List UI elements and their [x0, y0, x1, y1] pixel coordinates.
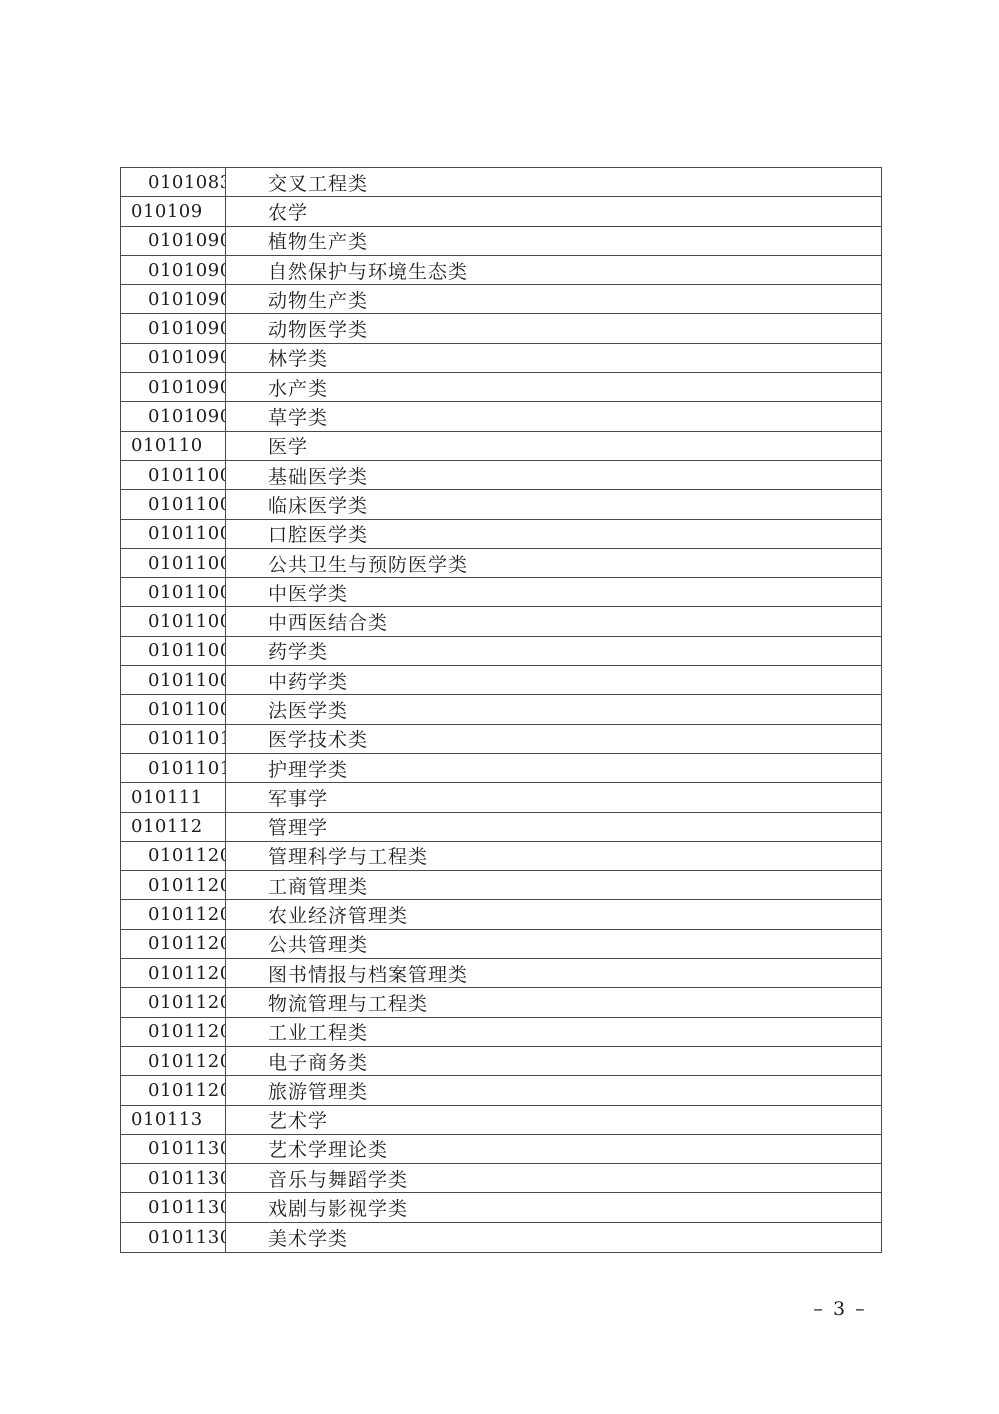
- code-cell: 01011007: [121, 637, 226, 665]
- code-cell: 01010904: [121, 314, 226, 342]
- table-row: 01010903动物生产类: [121, 285, 881, 314]
- name-cell: 基础医学类: [226, 461, 881, 489]
- code-cell: 01011204: [121, 930, 226, 958]
- table-row: 01011004公共卫生与预防医学类: [121, 549, 881, 578]
- name-cell: 动物生产类: [226, 285, 881, 313]
- code-cell: 01011006: [121, 607, 226, 635]
- code-cell: 01011209: [121, 1076, 226, 1104]
- code-cell: 01011207: [121, 1018, 226, 1046]
- name-cell: 公共卫生与预防医学类: [226, 549, 881, 577]
- name-cell: 自然保护与环境生态类: [226, 256, 881, 284]
- name-cell: 图书情报与档案管理类: [226, 959, 881, 987]
- name-cell: 艺术学理论类: [226, 1135, 881, 1163]
- code-cell: 010111: [121, 783, 226, 811]
- name-cell: 临床医学类: [226, 490, 881, 518]
- code-cell: 010110: [121, 432, 226, 460]
- table-row: 01011201管理科学与工程类: [121, 842, 881, 871]
- name-cell: 音乐与舞蹈学类: [226, 1164, 881, 1192]
- table-row: 01011005中医学类: [121, 578, 881, 607]
- code-cell: 010113: [121, 1106, 226, 1134]
- table-row: 01010906水产类: [121, 373, 881, 402]
- code-cell: 01010903: [121, 285, 226, 313]
- name-cell: 工业工程类: [226, 1018, 881, 1046]
- name-cell: 旅游管理类: [226, 1076, 881, 1104]
- table-row: 01011006中西医结合类: [121, 607, 881, 636]
- code-cell: 010112: [121, 813, 226, 841]
- table-row: 01011203农业经济管理类: [121, 900, 881, 929]
- code-cell: 01010905: [121, 344, 226, 372]
- table-row: 01011205图书情报与档案管理类: [121, 959, 881, 988]
- code-cell: 01011303: [121, 1193, 226, 1221]
- code-cell: 01011304: [121, 1223, 226, 1252]
- table-row: 01011209旅游管理类: [121, 1076, 881, 1105]
- code-cell: 01011205: [121, 959, 226, 987]
- table-row: 01010901植物生产类: [121, 227, 881, 256]
- code-cell: 01011008: [121, 666, 226, 694]
- table-row: 01011002临床医学类: [121, 490, 881, 519]
- table-row: 010110医学: [121, 432, 881, 461]
- table-row: 01011007药学类: [121, 637, 881, 666]
- table-row: 01010907草学类: [121, 402, 881, 431]
- name-cell: 公共管理类: [226, 930, 881, 958]
- table-row: 010109农学: [121, 197, 881, 226]
- code-cell: 010109: [121, 197, 226, 225]
- code-cell: 01011203: [121, 900, 226, 928]
- table-row: 01010905林学类: [121, 344, 881, 373]
- code-cell: 01011206: [121, 988, 226, 1016]
- table-row: 01011202工商管理类: [121, 871, 881, 900]
- code-cell: 01011003: [121, 520, 226, 548]
- table-row: 01010832交叉工程类: [121, 168, 881, 197]
- code-cell: 01011301: [121, 1135, 226, 1163]
- table-row: 01011302音乐与舞蹈学类: [121, 1164, 881, 1193]
- name-cell: 护理学类: [226, 754, 881, 782]
- table-row: 01011304美术学类: [121, 1223, 881, 1252]
- table-row: 01011008中药学类: [121, 666, 881, 695]
- name-cell: 中西医结合类: [226, 607, 881, 635]
- table-row: 01011010医学技术类: [121, 725, 881, 754]
- code-cell: 01011005: [121, 578, 226, 606]
- name-cell: 草学类: [226, 402, 881, 430]
- name-cell: 中医学类: [226, 578, 881, 606]
- name-cell: 农学: [226, 197, 881, 225]
- code-cell: 01011004: [121, 549, 226, 577]
- name-cell: 水产类: [226, 373, 881, 401]
- name-cell: 戏剧与影视学类: [226, 1193, 881, 1221]
- name-cell: 中药学类: [226, 666, 881, 694]
- table-row: 01011207工业工程类: [121, 1018, 881, 1047]
- discipline-code-table: 01010832交叉工程类 010109农学 01010901植物生产类 010…: [120, 167, 882, 1253]
- name-cell: 植物生产类: [226, 227, 881, 255]
- table-row: 01011001基础医学类: [121, 461, 881, 490]
- name-cell: 法医学类: [226, 695, 881, 723]
- table-row: 01011303戏剧与影视学类: [121, 1193, 881, 1222]
- table-row: 01011011护理学类: [121, 754, 881, 783]
- table-row: 01010904动物医学类: [121, 314, 881, 343]
- name-cell: 医学技术类: [226, 725, 881, 753]
- table-row: 010112管理学: [121, 813, 881, 842]
- name-cell: 交叉工程类: [226, 168, 881, 196]
- code-cell: 01010902: [121, 256, 226, 284]
- page-number: – 3 –: [800, 1298, 880, 1320]
- name-cell: 艺术学: [226, 1106, 881, 1134]
- code-cell: 01011202: [121, 871, 226, 899]
- table-row: 010111军事学: [121, 783, 881, 812]
- table-row: 010113艺术学: [121, 1106, 881, 1135]
- code-cell: 01011001: [121, 461, 226, 489]
- table-row: 01010902自然保护与环境生态类: [121, 256, 881, 285]
- table-row: 01011009法医学类: [121, 695, 881, 724]
- code-cell: 01010906: [121, 373, 226, 401]
- name-cell: 电子商务类: [226, 1047, 881, 1075]
- name-cell: 管理科学与工程类: [226, 842, 881, 870]
- code-cell: 01011208: [121, 1047, 226, 1075]
- table-row: 01011208电子商务类: [121, 1047, 881, 1076]
- name-cell: 美术学类: [226, 1223, 881, 1252]
- code-cell: 01011302: [121, 1164, 226, 1192]
- table-row: 01011204公共管理类: [121, 930, 881, 959]
- table-row: 01011301艺术学理论类: [121, 1135, 881, 1164]
- code-cell: 01010907: [121, 402, 226, 430]
- name-cell: 医学: [226, 432, 881, 460]
- name-cell: 农业经济管理类: [226, 900, 881, 928]
- name-cell: 林学类: [226, 344, 881, 372]
- code-cell: 01011201: [121, 842, 226, 870]
- code-cell: 01011010: [121, 725, 226, 753]
- name-cell: 口腔医学类: [226, 520, 881, 548]
- code-cell: 01011011: [121, 754, 226, 782]
- table-row: 01011206物流管理与工程类: [121, 988, 881, 1017]
- code-cell: 01010832: [121, 168, 226, 196]
- table-row: 01011003口腔医学类: [121, 520, 881, 549]
- name-cell: 管理学: [226, 813, 881, 841]
- name-cell: 工商管理类: [226, 871, 881, 899]
- code-cell: 01010901: [121, 227, 226, 255]
- code-cell: 01011009: [121, 695, 226, 723]
- name-cell: 物流管理与工程类: [226, 988, 881, 1016]
- code-cell: 01011002: [121, 490, 226, 518]
- name-cell: 动物医学类: [226, 314, 881, 342]
- name-cell: 药学类: [226, 637, 881, 665]
- name-cell: 军事学: [226, 783, 881, 811]
